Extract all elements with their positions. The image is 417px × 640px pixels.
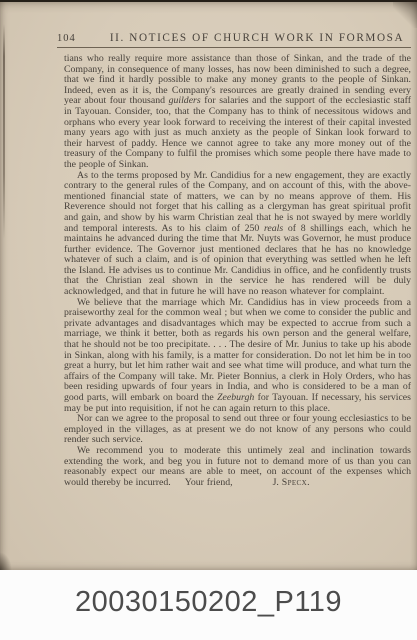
- page-header: 104 II. NOTICES OF CHURCH WORK IN FORMOS…: [57, 32, 411, 44]
- scan-shadow-top-right: [393, 0, 417, 28]
- body-paragraph: As to the terms proposed by Mr. Candidiu…: [64, 171, 411, 298]
- italic-term: Zeeburgh: [217, 392, 254, 403]
- italic-term: reals: [264, 223, 283, 234]
- scan-edge-top: [0, 0, 417, 2]
- body-paragraph: We recommend you to moderate this untime…: [64, 446, 411, 488]
- page-number: 104: [57, 33, 103, 44]
- smallcaps-name: Specx: [282, 477, 307, 488]
- italic-term: guilders: [169, 95, 201, 106]
- body-text: tians who really require more assistance…: [64, 54, 411, 488]
- signature-gap: [171, 484, 185, 485]
- scanned-book-page: 104 II. NOTICES OF CHURCH WORK IN FORMOS…: [0, 0, 417, 640]
- text-run: Your friend,: [185, 477, 233, 488]
- body-paragraph: We believe that the marriage which Mr. C…: [64, 298, 411, 415]
- archive-id-stamp: 20030150202_P119: [75, 586, 342, 619]
- text-run: J.: [273, 477, 282, 488]
- text-run: We believe that the marriage which Mr. C…: [64, 297, 411, 403]
- text-run: .: [307, 477, 309, 488]
- text-run: of 8 shillings each, which he maintains …: [64, 223, 411, 298]
- text-run: Nor can we agree to the proposal to send…: [64, 413, 411, 445]
- text-run: We recommend you to moderate this untime…: [64, 445, 411, 488]
- book-page-paper: 104 II. NOTICES OF CHURCH WORK IN FORMOS…: [0, 0, 417, 570]
- stamp-strip: 20030150202_P119: [0, 570, 417, 640]
- scan-shadow-bottom-left: [0, 552, 12, 570]
- body-paragraph: Nor can we agree to the proposal to send…: [64, 414, 411, 446]
- header-rule: [57, 47, 411, 48]
- body-paragraph: tians who really require more assistance…: [64, 54, 411, 171]
- running-title: II. NOTICES OF CHURCH WORK IN FORMOSA: [103, 32, 411, 44]
- signature-gap: [233, 484, 273, 485]
- scan-edge-left-line: [3, 24, 5, 239]
- text-run: for salaries and the support of the eccl…: [64, 95, 411, 170]
